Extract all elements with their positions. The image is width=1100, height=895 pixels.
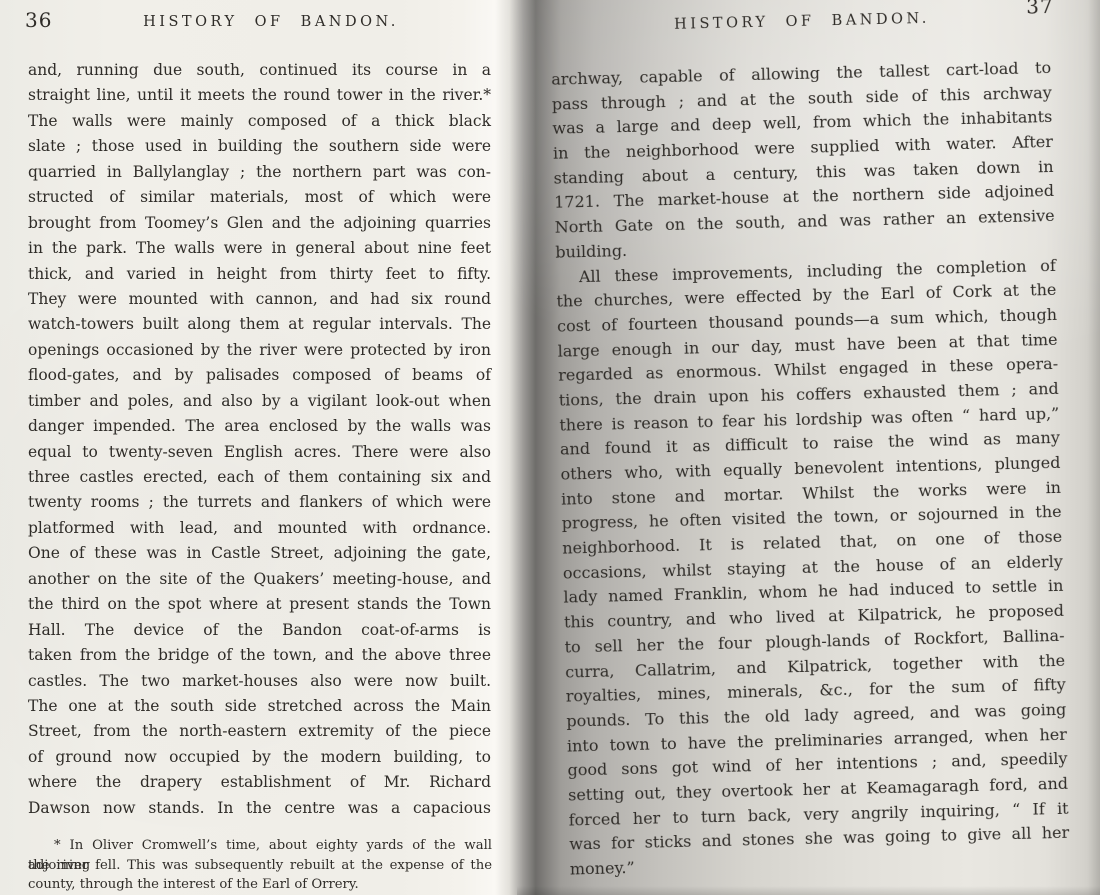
text-line: thick, and varied in height from thirty …	[28, 262, 491, 287]
text-line: platformed with lead, and mounted with o…	[28, 516, 491, 541]
text-line: equal to twenty-seven English acres. The…	[28, 440, 491, 465]
text-line: Dawson now stands. In the centre was a c…	[28, 796, 491, 821]
footnote: * In Oliver Cromwell’s time, about eight…	[28, 836, 492, 895]
text-line: Street, from the north-eastern extremity…	[28, 719, 491, 744]
text-line: openings occasioned by the river were pr…	[28, 338, 491, 363]
text-line: flood-gates, and by palisades composed o…	[28, 363, 491, 388]
text-line: castles. The two market-houses also were…	[28, 669, 491, 694]
text-line: One of these was in Castle Street, adjoi…	[28, 541, 491, 566]
text-line: brought from Toomey’s Glen and the adjoi…	[28, 211, 491, 236]
text-line: danger impended. The area enclosed by th…	[28, 414, 491, 439]
text-line: county, through the interest of the Earl…	[28, 875, 492, 895]
text-line: The walls were mainly composed of a thic…	[28, 109, 491, 134]
text-line: another on the site of the Quakers’ meet…	[28, 567, 491, 592]
text-line: quarried in Ballylanglay ; the northern …	[28, 160, 491, 185]
page-left: 36 HISTORY OF BANDON. and, running due s…	[0, 0, 512, 895]
running-header-left: HISTORY OF BANDON.	[0, 14, 512, 30]
page-right: 37 HISTORY OF BANDON. archway, capable o…	[548, 0, 1100, 895]
text-line: * In Oliver Cromwell’s time, about eight…	[28, 836, 492, 856]
running-header-right: HISTORY OF BANDON.	[550, 8, 1050, 36]
text-line: The one at the south side stretched acro…	[28, 694, 491, 719]
text-line: watch-towers built along them at regular…	[28, 312, 491, 337]
text-line: timber and poles, and also by a vigilant…	[28, 389, 491, 414]
text-line: the third on the spot where at present s…	[28, 592, 491, 617]
text-line: of ground now occupied by the modern bui…	[28, 745, 491, 770]
text-line: in the park. The walls were in general a…	[28, 236, 491, 261]
book-scan-spread: 36 HISTORY OF BANDON. and, running due s…	[0, 0, 1100, 895]
text-line: taken from the bridge of the town, and t…	[28, 643, 491, 668]
text-line: They were mounted with cannon, and had s…	[28, 287, 491, 312]
text-line: twenty rooms ; the turrets and flankers …	[28, 490, 491, 515]
text-line: where the drapery establishment of Mr. R…	[28, 770, 491, 795]
text-line: three castles erected, each of them cont…	[28, 465, 491, 490]
page-body-left: and, running due south, continued its co…	[28, 58, 491, 821]
text-line: the river fell. This was subsequently re…	[28, 856, 492, 876]
text-line: Hall. The device of the Bandon coat-of-a…	[28, 618, 491, 643]
text-line: straight line, until it meets the round …	[28, 83, 491, 108]
page-body-right: archway, capable of allowing the tallest…	[551, 56, 1070, 882]
page-right-content: 37 HISTORY OF BANDON. archway, capable o…	[549, 0, 1070, 895]
text-line: slate ; those used in building the south…	[28, 134, 491, 159]
text-line: and, running due south, continued its co…	[28, 58, 491, 83]
text-line: structed of similar materials, most of w…	[28, 185, 491, 210]
